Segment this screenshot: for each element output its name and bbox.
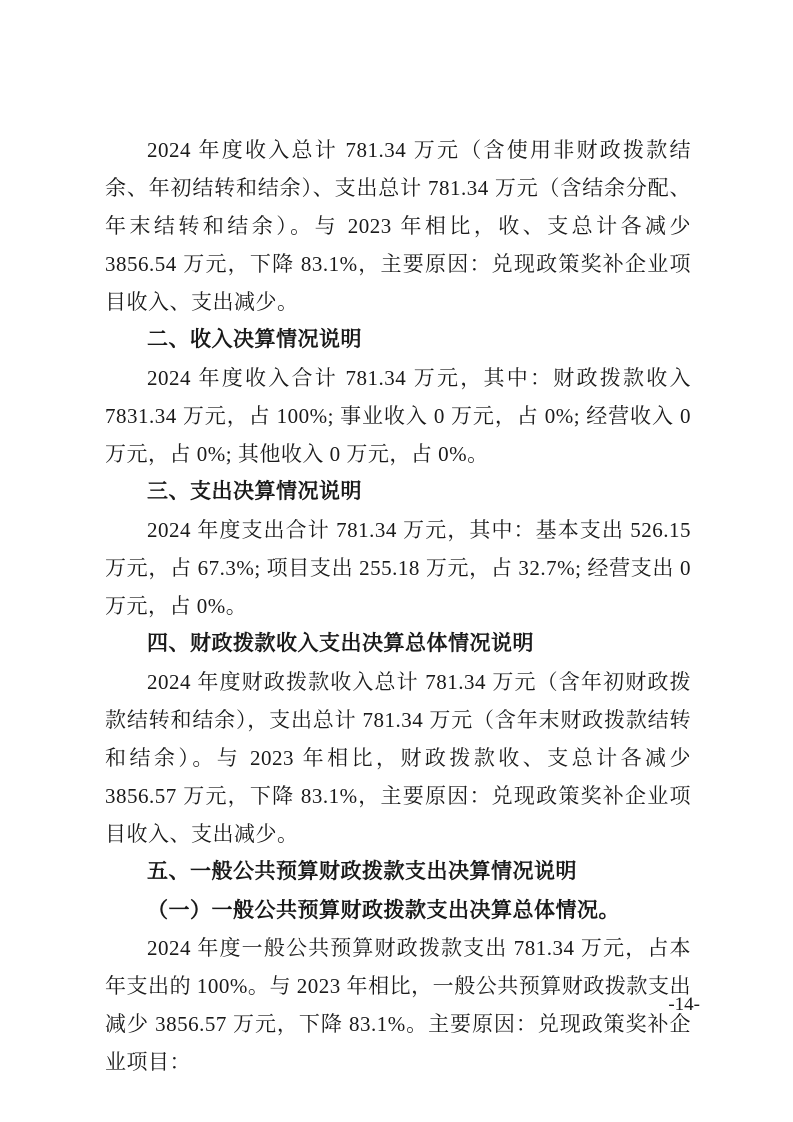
page-number: -14- [668,993,700,1017]
document-body: 2024 年度收入总计 781.34 万元（含使用非财政拨款结余、年初结转和结余… [105,131,691,1081]
body-paragraph: 2024 年度财政拨款收入总计 781.34 万元（含年初财政拨款结转和结余），… [105,663,691,853]
section-heading: 五、一般公共预算财政拨款支出决算情况说明 [105,853,691,891]
document-page: 2024 年度收入总计 781.34 万元（含使用非财政拨款结余、年初结转和结余… [0,0,793,1122]
section-heading: 三、支出决算情况说明 [105,473,691,511]
section-subheading: （一）一般公共预算财政拨款支出决算总体情况。 [105,891,691,929]
body-paragraph: 2024 年度收入总计 781.34 万元（含使用非财政拨款结余、年初结转和结余… [105,131,691,321]
section-heading: 四、财政拨款收入支出决算总体情况说明 [105,625,691,663]
body-paragraph: 2024 年度一般公共预算财政拨款支出 781.34 万元，占本年支出的 100… [105,929,691,1081]
body-paragraph: 2024 年度收入合计 781.34 万元，其中：财政拨款收入 7831.34 … [105,359,691,473]
body-paragraph: 2024 年度支出合计 781.34 万元，其中：基本支出 526.15 万元，… [105,511,691,625]
section-heading: 二、收入决算情况说明 [105,321,691,359]
